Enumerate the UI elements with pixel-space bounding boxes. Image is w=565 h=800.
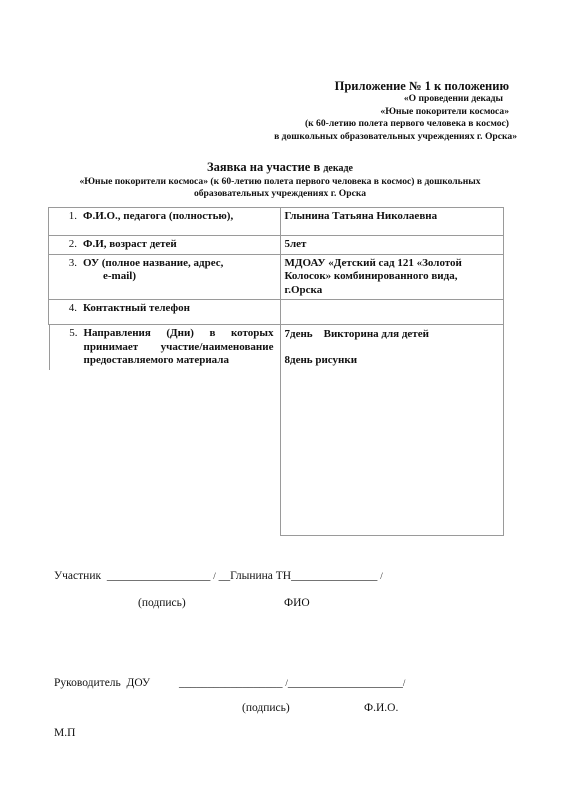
- head-signature-line: Руководитель ДОУ __________________ /___…: [54, 677, 405, 689]
- table-row: 5.Направления (Дни) в которых принимает …: [49, 325, 504, 536]
- title-line2: «Юные покорители космоса» (к 60-летию по…: [40, 176, 520, 188]
- stamp-label: М.П: [54, 727, 75, 739]
- table-row: 3.ОУ (полное название, адрес,e-mail) МДО…: [49, 254, 504, 300]
- head-name-field[interactable]: ____________________: [288, 677, 403, 689]
- row-label: Ф.И.О., педагога (полностью),: [83, 210, 233, 222]
- head-caption-name: Ф.И.О.: [364, 702, 398, 714]
- title-main: Заявка на участие в: [207, 160, 320, 174]
- row-value[interactable]: 5лет: [280, 236, 504, 255]
- table-row: 2.Ф.И, возраст детей 5лет: [49, 236, 504, 255]
- row-value-line: 7день Викторина для детей: [285, 328, 498, 342]
- head-sign-field[interactable]: __________________: [179, 677, 283, 689]
- row-label: Ф.И, возраст детей: [83, 238, 177, 250]
- row-number: 5.: [54, 327, 78, 368]
- participant-name-field[interactable]: __Глынина ТН_______________: [219, 570, 378, 582]
- title-line3: образовательных учреждениях г. Орска: [40, 188, 520, 200]
- row-label-cont: e-mail): [53, 270, 274, 284]
- row-number: 1.: [53, 210, 77, 224]
- separator: /: [403, 678, 406, 688]
- row-value[interactable]: [280, 300, 504, 325]
- participant-label: Участник: [54, 570, 101, 582]
- head-caption-sign: (подпись): [242, 702, 290, 714]
- participant-sign-field[interactable]: __________________: [107, 570, 211, 582]
- table-row: 1.Ф.И.О., педагога (полностью), Глынина …: [49, 208, 504, 236]
- row-value[interactable]: 7день Викторина для детей 8день рисунки: [280, 325, 504, 536]
- title-main-small: декаде: [323, 163, 353, 174]
- row-value-line: 8день рисунки: [285, 354, 498, 368]
- row-number: 3.: [53, 257, 77, 271]
- row-number: 4.: [53, 302, 77, 316]
- head-label: Руководитель ДОУ: [54, 677, 150, 689]
- participant-caption-name: ФИО: [284, 597, 310, 609]
- participant-signature-line: Участник __________________ / __Глынина …: [54, 570, 383, 582]
- appendix-line: «О проведении декады: [274, 93, 503, 106]
- table-row: 4.Контактный телефон: [49, 300, 504, 325]
- separator: /: [380, 571, 383, 581]
- appendix-line: в дошкольных образовательных учреждениях…: [274, 131, 517, 144]
- row-value[interactable]: Глынина Татьяна Николаевна: [280, 208, 504, 236]
- row-label: Направления (Дни) в которых принимает уч…: [84, 327, 274, 368]
- appendix-header: Приложение № 1 к положению «О проведении…: [274, 79, 509, 143]
- appendix-line: (к 60-летию полета первого человека в ко…: [274, 118, 509, 131]
- row-label: ОУ (полное название, адрес,: [83, 257, 223, 269]
- row-label: Контактный телефон: [83, 302, 190, 314]
- row-number: 2.: [53, 238, 77, 252]
- separator: /: [213, 571, 216, 581]
- appendix-line: «Юные покорители космоса»: [274, 106, 509, 119]
- application-table: 1.Ф.И.О., педагога (полностью), Глынина …: [48, 207, 504, 536]
- appendix-heading: Приложение № 1 к положению: [274, 79, 509, 93]
- row-value[interactable]: МДОАУ «Детский сад 121 «Золотой Колосок»…: [280, 254, 504, 300]
- participant-caption-sign: (подпись): [138, 597, 186, 609]
- document-title: Заявка на участие в декаде «Юные покорит…: [40, 160, 520, 199]
